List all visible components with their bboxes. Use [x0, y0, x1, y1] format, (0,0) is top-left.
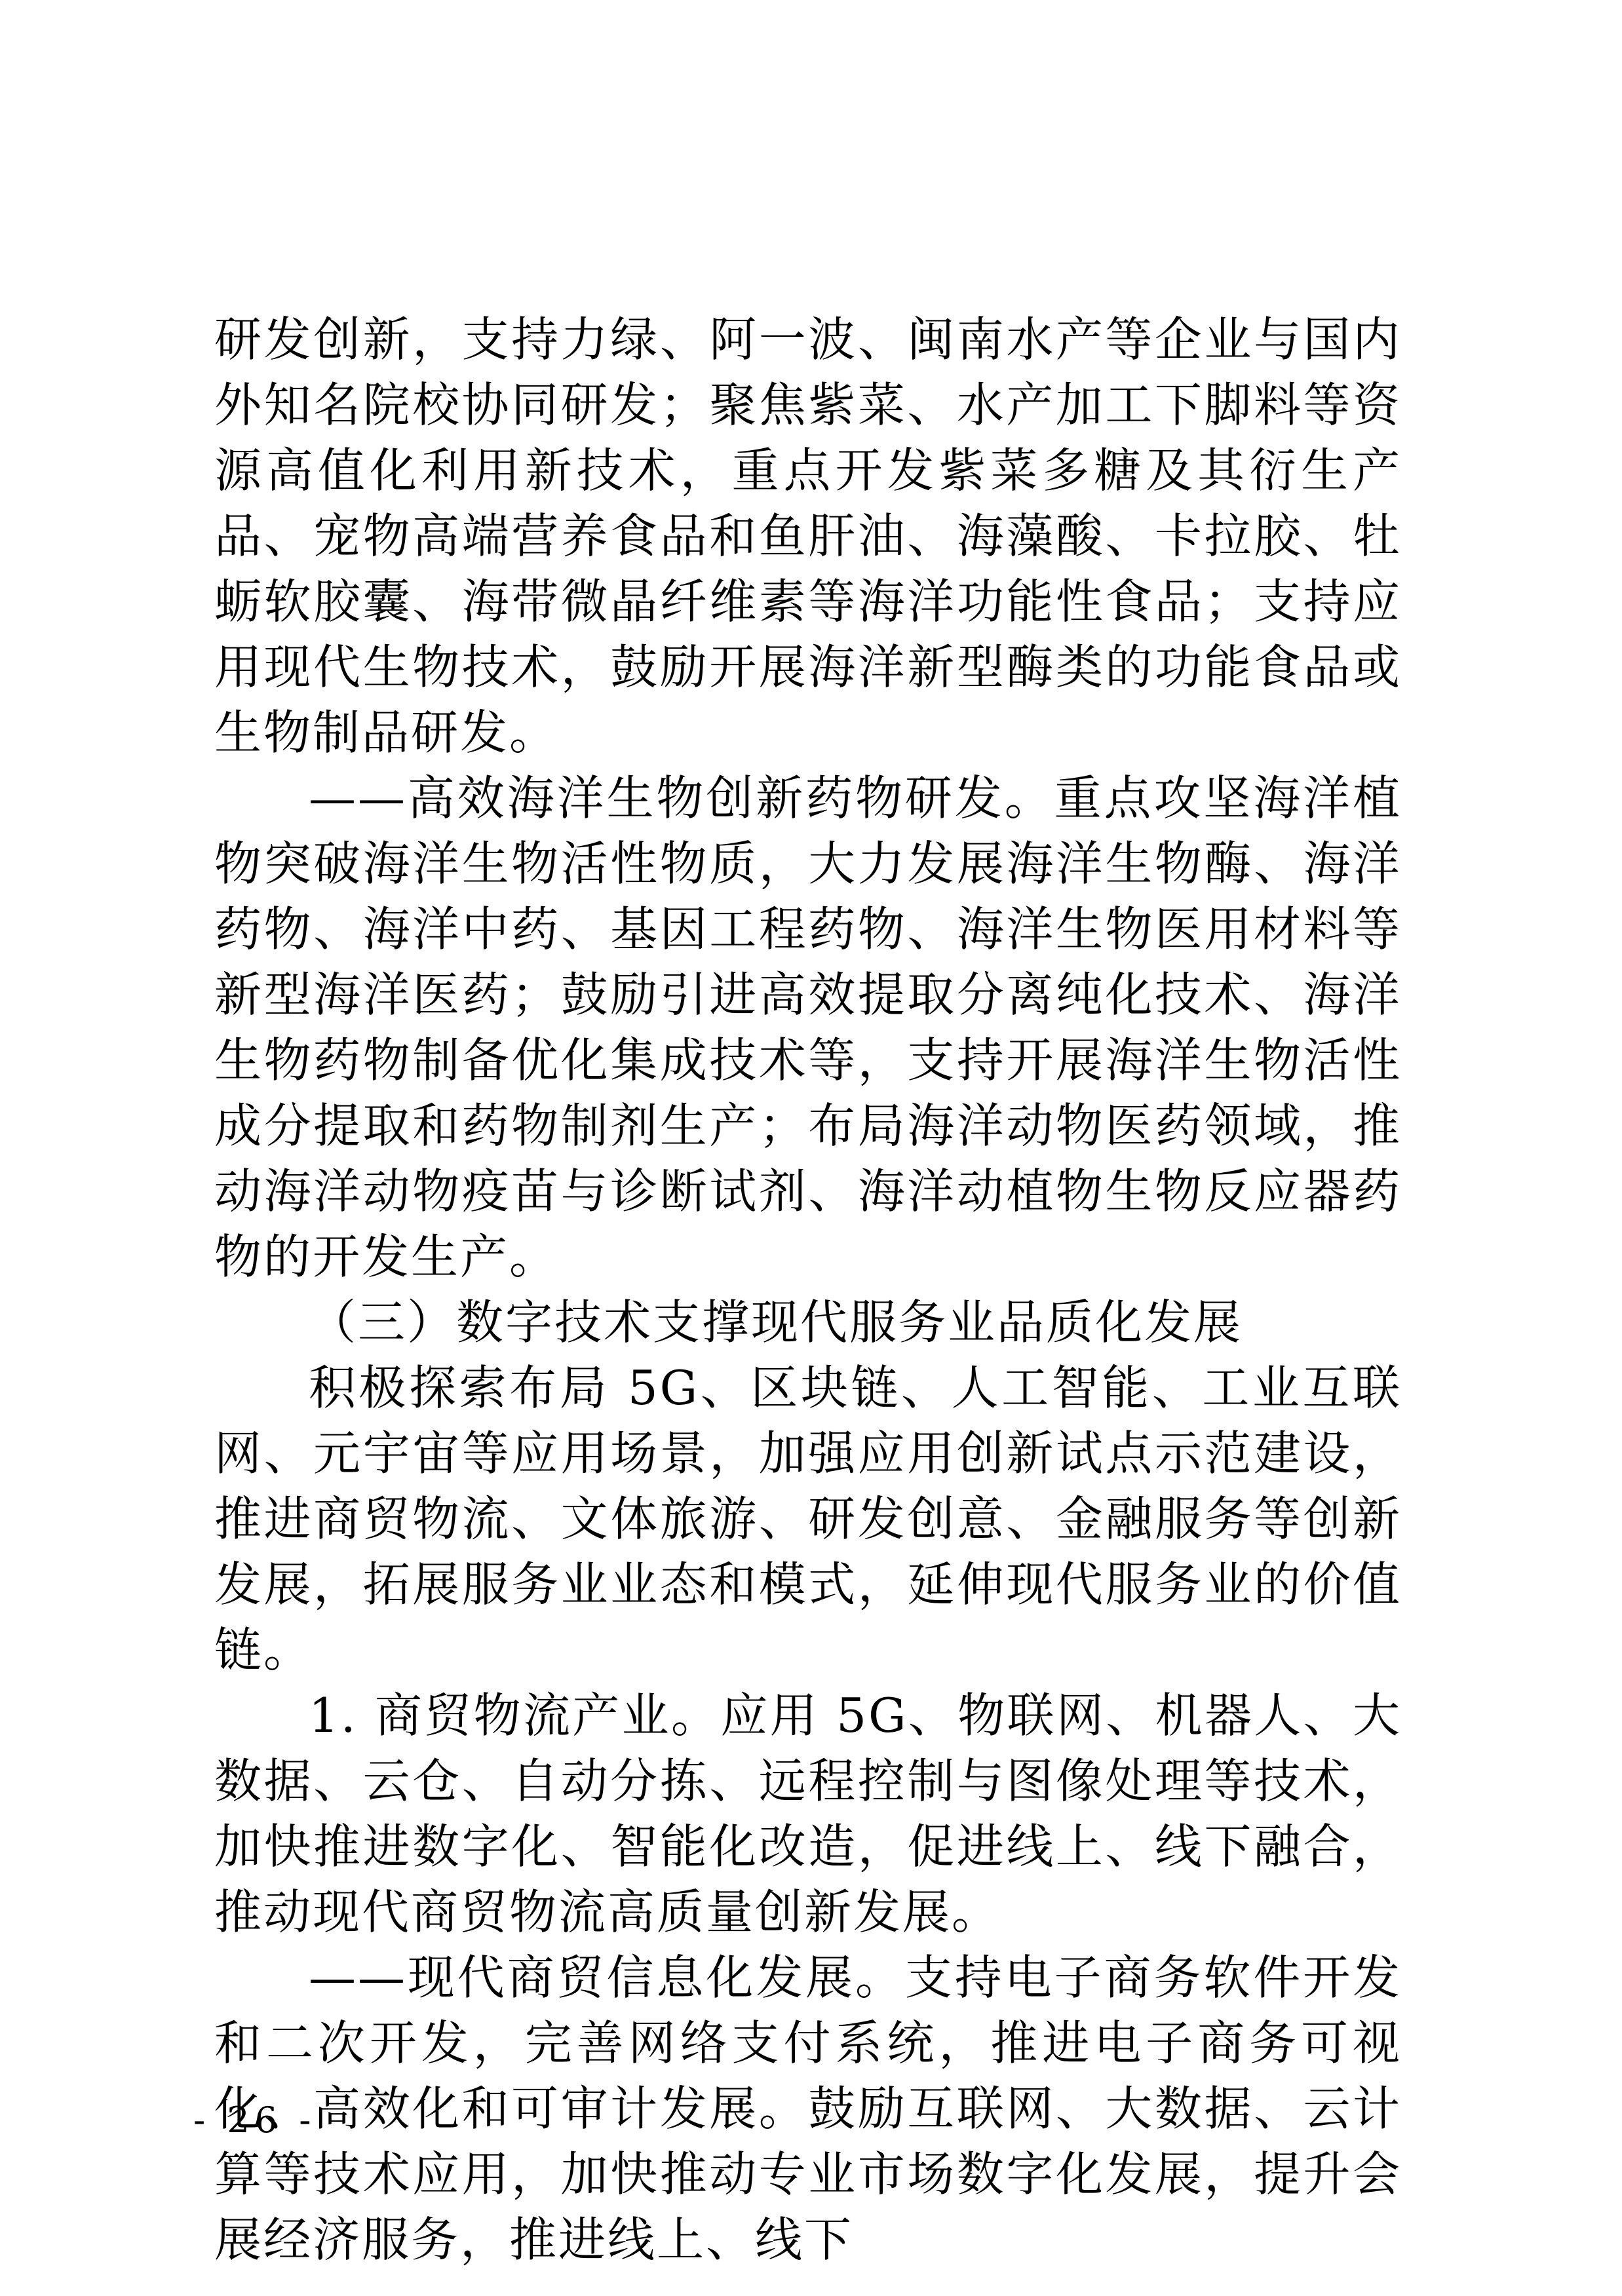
document-body: 研发创新，支持力绿、阿一波、闽南水产等企业与国内外知名院校协同研发；聚焦紫菜、水…: [214, 307, 1402, 2272]
paragraph-marine-innovative-drugs: ——高效海洋生物创新药物研发。重点攻坚海洋植物突破海洋生物活性物质，大力发展海洋…: [214, 765, 1402, 1290]
paragraph-commerce-logistics-industry: 1. 商贸物流产业。应用 5G、物联网、机器人、大数据、云仓、自动分拣、远程控制…: [214, 1683, 1402, 1945]
page-number: - 26 -: [193, 2101, 317, 2140]
paragraph-commerce-informatization: ——现代商贸信息化发展。支持电子商务软件开发和二次开发，完善网络支付系统，推进电…: [214, 1945, 1402, 2272]
paragraph-digital-services-overview: 积极探索布局 5G、区块链、人工智能、工业互联网、元宇宙等应用场景，加强应用创新…: [214, 1355, 1402, 1683]
paragraph-marine-food-continuation: 研发创新，支持力绿、阿一波、闽南水产等企业与国内外知名院校协同研发；聚焦紫菜、水…: [214, 307, 1402, 765]
document-page: 研发创新，支持力绿、阿一波、闽南水产等企业与国内外知名院校协同研发；聚焦紫菜、水…: [0, 0, 1622, 2296]
section-heading-digital-services: （三）数字技术支撑现代服务业品质化发展: [214, 1290, 1402, 1355]
